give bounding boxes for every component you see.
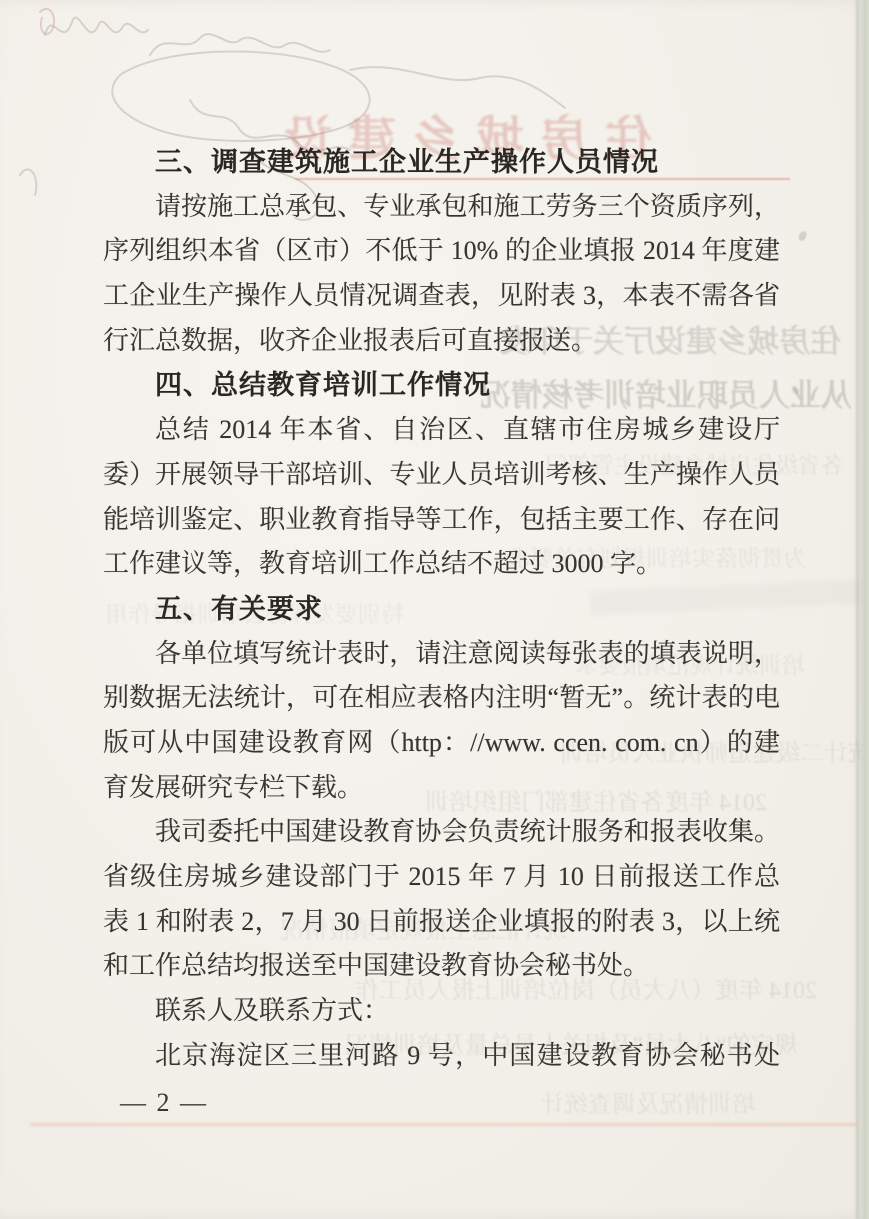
body-text-line: 版可从中国建设教育网（http：//www. ccen. com. cn）的建设… [103, 721, 780, 766]
body-text-line: 和工作总结均报送至中国建设教育协会秘书处。 [103, 944, 780, 989]
ink-speck [798, 230, 808, 242]
body-text-line: 总结 2014 年本省、自治区、直辖市住房城乡建设厅（建 [103, 408, 780, 453]
body-text-line: 序列组织本省（区市）不低于 10% 的企业填报 2014 年度建筑施 [103, 229, 780, 274]
section-heading: 三、调查建筑施工企业生产操作人员情况 [103, 140, 780, 185]
body-text-line: 委）开展领导干部培训、专业人员培训考核、生产操作人员技 [103, 453, 780, 498]
body-text-line: 北京海淀区三里河路 9 号，中国建设教育协会秘书处 联系 [103, 1034, 780, 1079]
bleedthrough-text: 培训情况及调查统计 [540, 1084, 756, 1119]
pink-bleed-rule [30, 1123, 856, 1126]
body-text-line: 省级住房城乡建设部门于 2015 年 7 月 10 日前报送工作总结、附 [103, 855, 780, 900]
body-text-line: 别数据无法统计，可在相应表格内注明“暂无”。统计表的电子 [103, 676, 780, 721]
body-text-line: 能培训鉴定、职业教育指导等工作，包括主要工作、存在问题、 [103, 498, 780, 543]
body-text-line: 请按施工总承包、专业承包和施工劳务三个资质序列，每个 [103, 185, 780, 230]
document-body: 三、调查建筑施工企业生产操作人员情况 请按施工总承包、专业承包和施工劳务三个资质… [103, 140, 780, 1078]
body-text-line: 工企业生产操作人员情况调查表，见附表 3，本表不需各省厅进 [103, 274, 780, 319]
body-text-line: 联系人及联系方式： [103, 989, 780, 1034]
body-text-line: 行汇总数据，收齐企业报表后可直接报送。 [103, 319, 780, 364]
scanned-document-page: 住房城乡建设 住房城乡建设厅关于印发 从业人员职业培训考核情况 各省级住房城乡建… [0, 0, 869, 1219]
body-text-line: 表 1 和附表 2，7 月 30 日前报送企业填报的附表 3，以上统计表 [103, 900, 780, 945]
body-text-line: 工作建议等，教育培训工作总结不超过 3000 字。 [103, 542, 780, 587]
section-heading: 五、有关要求 [103, 587, 780, 632]
body-text-line: 我司委托中国建设教育协会负责统计服务和报表收集。请各 [103, 810, 780, 855]
section-heading: 四、总结教育培训工作情况 [103, 363, 780, 408]
ink-speck [792, 388, 800, 394]
body-text-line: 育发展研究专栏下载。 [103, 766, 780, 811]
page-number: — 2 — [120, 1088, 208, 1118]
body-text-line: 各单位填写统计表时，请注意阅读每张表的填表说明，如个 [103, 632, 780, 677]
paper-edge [857, 0, 869, 1219]
